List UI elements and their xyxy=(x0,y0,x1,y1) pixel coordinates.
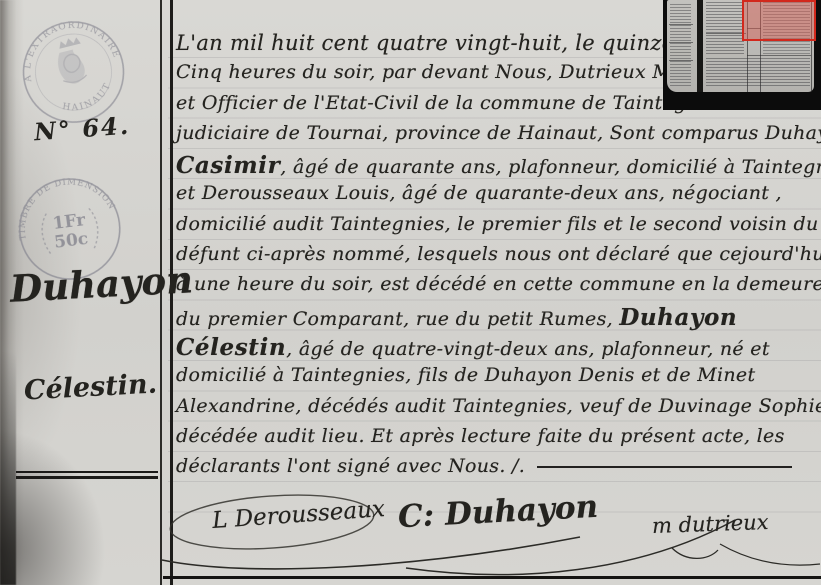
act-text-line: judiciaire de Tournai, province de Haina… xyxy=(176,122,818,152)
act-text-line: Casimir, âgé de quarante ans, plafonneur… xyxy=(176,152,818,182)
margin-separator-line xyxy=(16,471,158,473)
coat-of-arms-icon xyxy=(52,36,90,87)
act-text-line: défunt ci-après nommé, lesquels nous ont… xyxy=(176,243,818,273)
margin-separator-line xyxy=(16,476,158,479)
navigator-page-gutter xyxy=(697,0,703,92)
act-text-line: et Derousseaux Louis, âgé de quarante-de… xyxy=(176,182,818,212)
record-viewer: A L'EXTRAORDINAIRE HAINAUT N° 64. TIMBRE… xyxy=(0,0,821,585)
svg-text:50c: 50c xyxy=(53,229,89,253)
act-text-line: à une heure du soir, est décédé en cette… xyxy=(176,273,818,303)
closing-rule xyxy=(537,466,792,468)
act-text-line: décédée audit lieu. Et après lecture fai… xyxy=(176,425,818,455)
act-text-line: domicilié audit Taintegnies, le premier … xyxy=(176,213,818,243)
signature-officer-dutrieux: m dutrieux xyxy=(652,510,769,538)
act-text-line: Alexandrine, décédés audit Taintegnies, … xyxy=(176,395,818,425)
act-text-line: Célestin, âgé de quatre-vingt-deux ans, … xyxy=(176,334,818,364)
act-text-line: du premier Comparant, rue du petit Rumes… xyxy=(176,304,818,334)
act-text-line: domicilié à Taintegnies, fils de Duhayon… xyxy=(176,364,818,394)
navigator-thumbnail[interactable] xyxy=(663,0,821,110)
margin-deceased-firstname: Célestin. xyxy=(23,369,158,407)
act-number: N° 64. xyxy=(33,111,131,147)
act-text-line: déclarants l'ont signé avec Nous. /. xyxy=(176,455,818,485)
navigator-viewport[interactable] xyxy=(742,0,816,41)
